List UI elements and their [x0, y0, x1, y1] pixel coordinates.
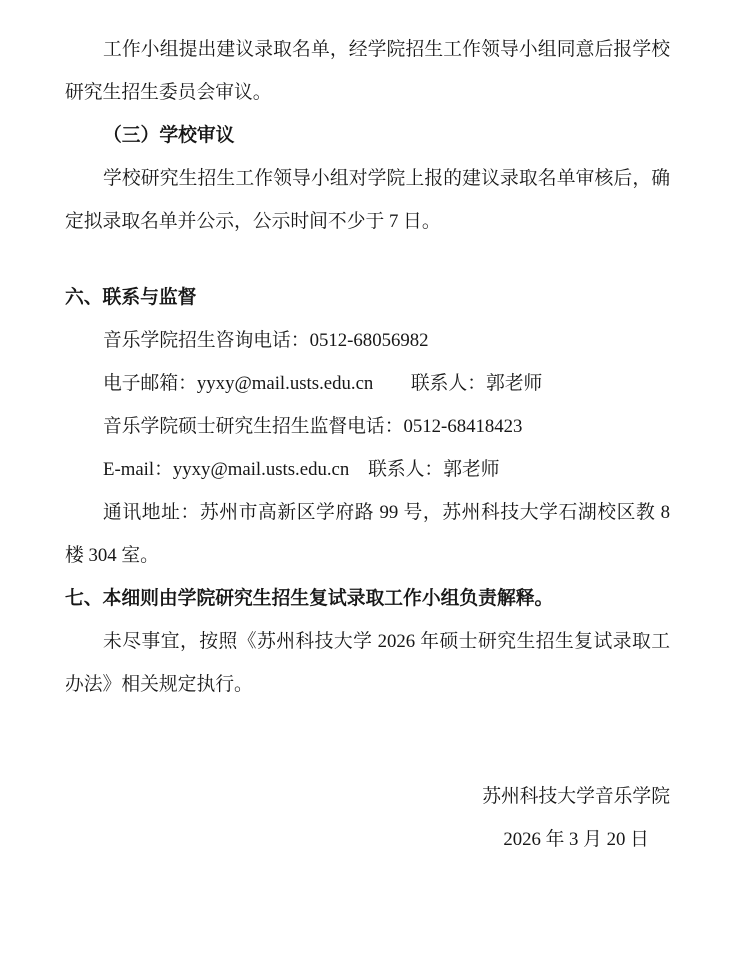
para-mailing-address-line2: 楼 304 室。 [65, 534, 670, 577]
para-school-review-line2: 定拟录取名单并公示，公示时间不少于 7 日。 [65, 200, 670, 243]
line-email-contact: 电子邮箱：yyxy@mail.usts.edu.cn 联系人：郭老师 [65, 362, 670, 405]
blank-line [65, 243, 670, 276]
document-page: 工作小组提出建议录取名单，经学院招生工作领导小组同意后报学校 研究生招生委员会审… [0, 0, 736, 959]
blank-lines [65, 706, 670, 775]
heading-school-review: （三）学校审议 [65, 114, 670, 157]
line-email2-contact: E-mail：yyxy@mail.usts.edu.cn 联系人：郭老师 [65, 448, 670, 491]
para-recommend-list-line2: 研究生招生委员会审议。 [65, 71, 670, 114]
signature-date: 2026 年 3 月 20 日 [482, 818, 670, 861]
heading-contact-supervision: 六、联系与监督 [65, 276, 670, 319]
line-consult-phone: 音乐学院招生咨询电话：0512-68056982 [65, 319, 670, 362]
signature-block: 苏州科技大学音乐学院 2026 年 3 月 20 日 [65, 775, 670, 867]
signature-org: 苏州科技大学音乐学院 [482, 775, 670, 818]
para-miscellaneous-line1: 未尽事宜，按照《苏州科技大学 2026 年硕士研究生招生复试录取工作 [65, 620, 670, 663]
para-mailing-address-line1: 通讯地址：苏州市高新区学府路 99 号，苏州科技大学石湖校区教 8 [65, 491, 670, 534]
para-school-review-line1: 学校研究生招生工作领导小组对学院上报的建议录取名单审核后，确 [65, 157, 670, 200]
heading-interpretation: 七、本细则由学院研究生招生复试录取工作小组负责解释。 [65, 577, 670, 620]
para-recommend-list-line1: 工作小组提出建议录取名单，经学院招生工作领导小组同意后报学校 [65, 28, 670, 71]
line-supervision-phone: 音乐学院硕士研究生招生监督电话：0512-68418423 [65, 405, 670, 448]
para-miscellaneous-line2: 办法》相关规定执行。 [65, 663, 670, 706]
